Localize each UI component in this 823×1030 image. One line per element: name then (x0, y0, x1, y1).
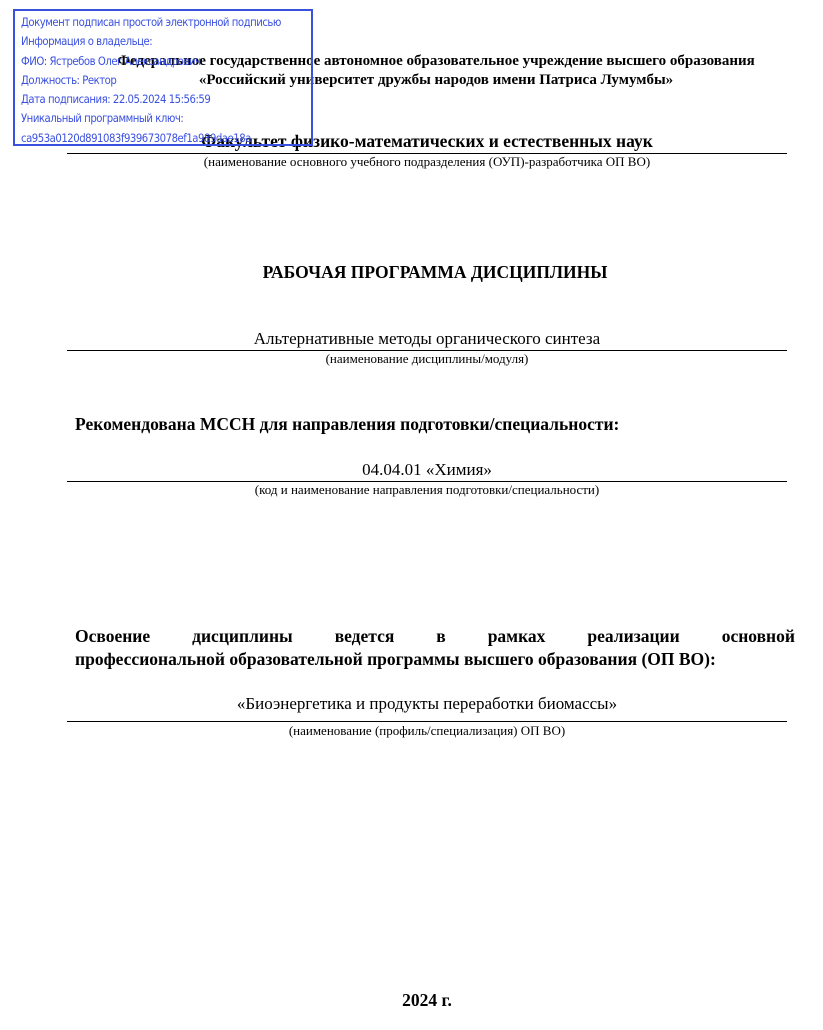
discipline-caption: (наименование дисциплины/модуля) (67, 351, 787, 367)
program-heading-word: Освоение (75, 626, 150, 647)
program-caption: (наименование (профиль/специализация) ОП… (67, 723, 787, 739)
program-underline (67, 721, 787, 722)
stamp-line-key-value: ca953a0120d891083f939673078ef1a989dae18a (21, 129, 281, 148)
program-heading-line-2: профессиональной образовательной програм… (75, 649, 716, 670)
signature-stamp: Документ подписан простой электронной по… (21, 13, 281, 148)
faculty-caption: (наименование основного учебного подразд… (67, 154, 787, 170)
program-heading-word: реализации (587, 626, 679, 647)
stamp-line-owner-info: Информация о владельце: (21, 32, 281, 51)
program-heading-line-1: Освоение дисциплины ведется в рамках реа… (75, 626, 795, 647)
specialty-caption: (код и наименование направления подготов… (67, 482, 787, 498)
program-heading-word: основной (722, 626, 795, 647)
program-profile-name: «Биоэнергетика и продукты переработки би… (67, 694, 787, 714)
discipline-name: Альтернативные методы органического синт… (67, 329, 787, 349)
program-heading-word: рамках (488, 626, 546, 647)
stamp-line-name: ФИО: Ястребов Олег Александрович (21, 52, 281, 71)
program-heading-word: ведется (335, 626, 395, 647)
document-title: РАБОЧАЯ ПРОГРАММА ДИСЦИПЛИНЫ (75, 262, 795, 283)
stamp-line-position: Должность: Ректор (21, 71, 281, 90)
stamp-line-key-label: Уникальный программный ключ: (21, 109, 281, 128)
stamp-line-date: Дата подписания: 22.05.2024 15:56:59 (21, 90, 281, 109)
recommendation-heading: Рекомендована МССН для направления подго… (75, 414, 619, 435)
document-year: 2024 г. (377, 990, 477, 1011)
specialty-code-name: 04.04.01 «Химия» (67, 460, 787, 480)
program-heading-word: дисциплины (192, 626, 293, 647)
stamp-line-signed: Документ подписан простой электронной по… (21, 13, 281, 32)
program-heading-word: в (436, 626, 445, 647)
